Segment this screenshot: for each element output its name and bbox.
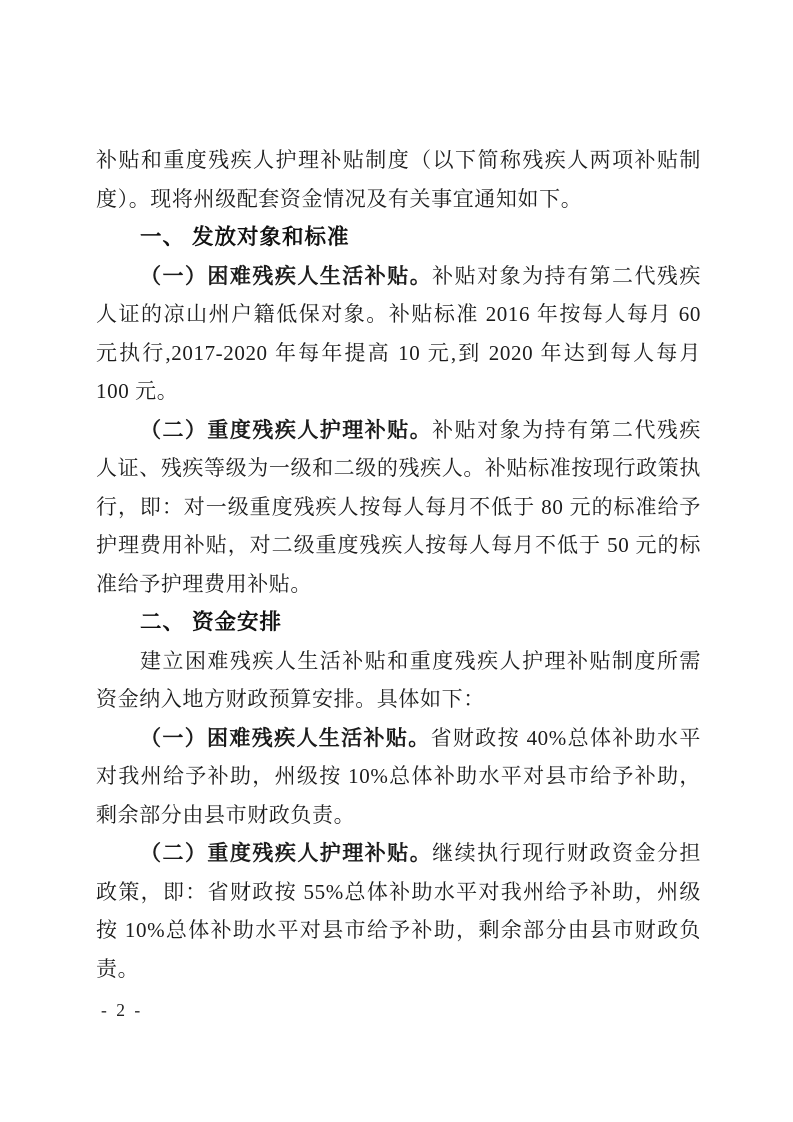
paragraph-text: 补贴和重度残疾人护理补贴制度（以下简称残疾人两项补贴制度）。现将州级配套资金情况… [96, 148, 701, 211]
paragraph-lead: （二）重度残疾人护理补贴。 [140, 841, 432, 865]
paragraph-continuation: 补贴和重度残疾人护理补贴制度（以下简称残疾人两项补贴制度）。现将州级配套资金情况… [96, 141, 701, 218]
paragraph-living-subsidy-standard: （一）困难残疾人生活补贴。补贴对象为持有第二代残疾人证的凉山州户籍低保对象。补贴… [96, 257, 701, 411]
paragraph-lead: （二）重度残疾人护理补贴。 [140, 418, 432, 442]
section-heading-funding: 二、 资金安排 [96, 603, 701, 642]
paragraph-funding-intro: 建立困难残疾人生活补贴和重度残疾人护理补贴制度所需资金纳入地方财政预算安排。具体… [96, 642, 701, 719]
page-number: - 2 - [101, 1000, 143, 1021]
paragraph-nursing-subsidy-standard: （二）重度残疾人护理补贴。补贴对象为持有第二代残疾人证、残疾等级为一级和二级的残… [96, 411, 701, 604]
paragraph-nursing-subsidy-funding: （二）重度残疾人护理补贴。继续执行现行财政资金分担政策，即：省财政按 55%总体… [96, 834, 701, 988]
document-body: 补贴和重度残疾人护理补贴制度（以下简称残疾人两项补贴制度）。现将州级配套资金情况… [96, 141, 701, 988]
paragraph-lead: （一）困难残疾人生活补贴。 [140, 264, 432, 288]
paragraph-lead: （一）困难残疾人生活补贴。 [140, 726, 431, 750]
section-heading-distribution: 一、 发放对象和标准 [96, 218, 701, 257]
paragraph-text: 补贴对象为持有第二代残疾人证、残疾等级为一级和二级的残疾人。补贴标准按现行政策执… [96, 418, 701, 596]
paragraph-living-subsidy-funding: （一）困难残疾人生活补贴。省财政按 40%总体补助水平对我州给予补助，州级按 1… [96, 719, 701, 835]
document-page: 补贴和重度残疾人护理补贴制度（以下简称残疾人两项补贴制度）。现将州级配套资金情况… [0, 0, 793, 1122]
paragraph-text: 建立困难残疾人生活补贴和重度残疾人护理补贴制度所需资金纳入地方财政预算安排。具体… [96, 649, 701, 712]
